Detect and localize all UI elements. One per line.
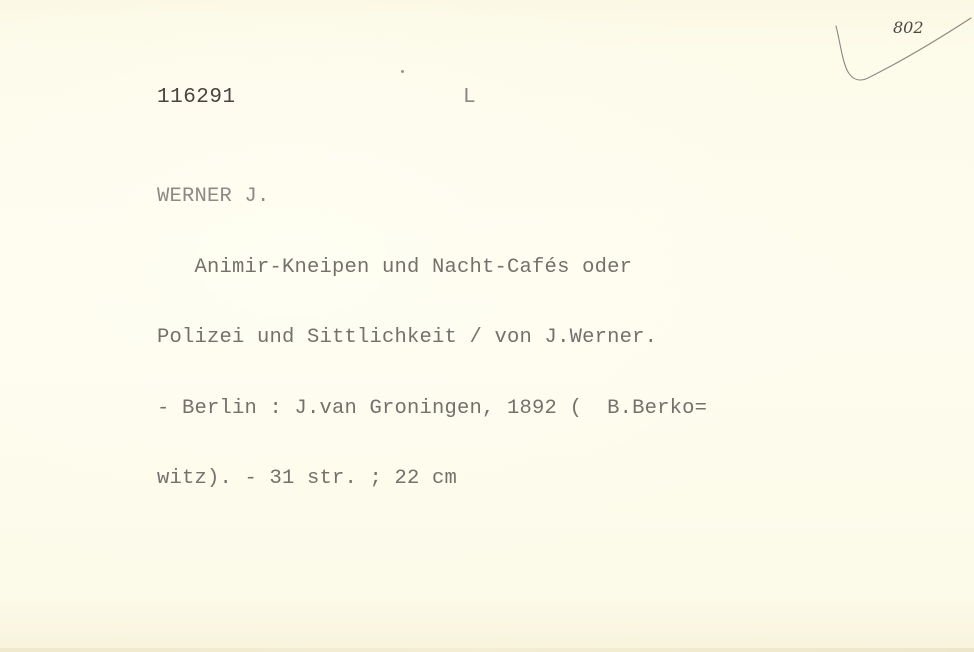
title-line-1: Animir-Kneipen und Nacht-Cafés oder <box>157 256 707 280</box>
location-code: L <box>463 86 476 109</box>
imprint-line-2: witz). - 31 str. ; 22 cm <box>157 467 707 491</box>
bibliographic-entry: WERNER J. Animir-Kneipen und Nacht-Cafés… <box>157 138 707 538</box>
title-line-2: Polizei und Sittlichkeit / von J.Werner. <box>157 326 707 350</box>
handwritten-number: 802 <box>893 18 924 37</box>
catalog-card: 802 116291 L WERNER J. Animir-Kneipen un… <box>0 0 974 652</box>
call-number: 116291 <box>157 86 236 109</box>
stray-mark <box>401 70 404 73</box>
imprint-line-1: - Berlin : J.van Groningen, 1892 ( B.Ber… <box>157 397 707 421</box>
author-heading: WERNER J. <box>157 185 707 209</box>
